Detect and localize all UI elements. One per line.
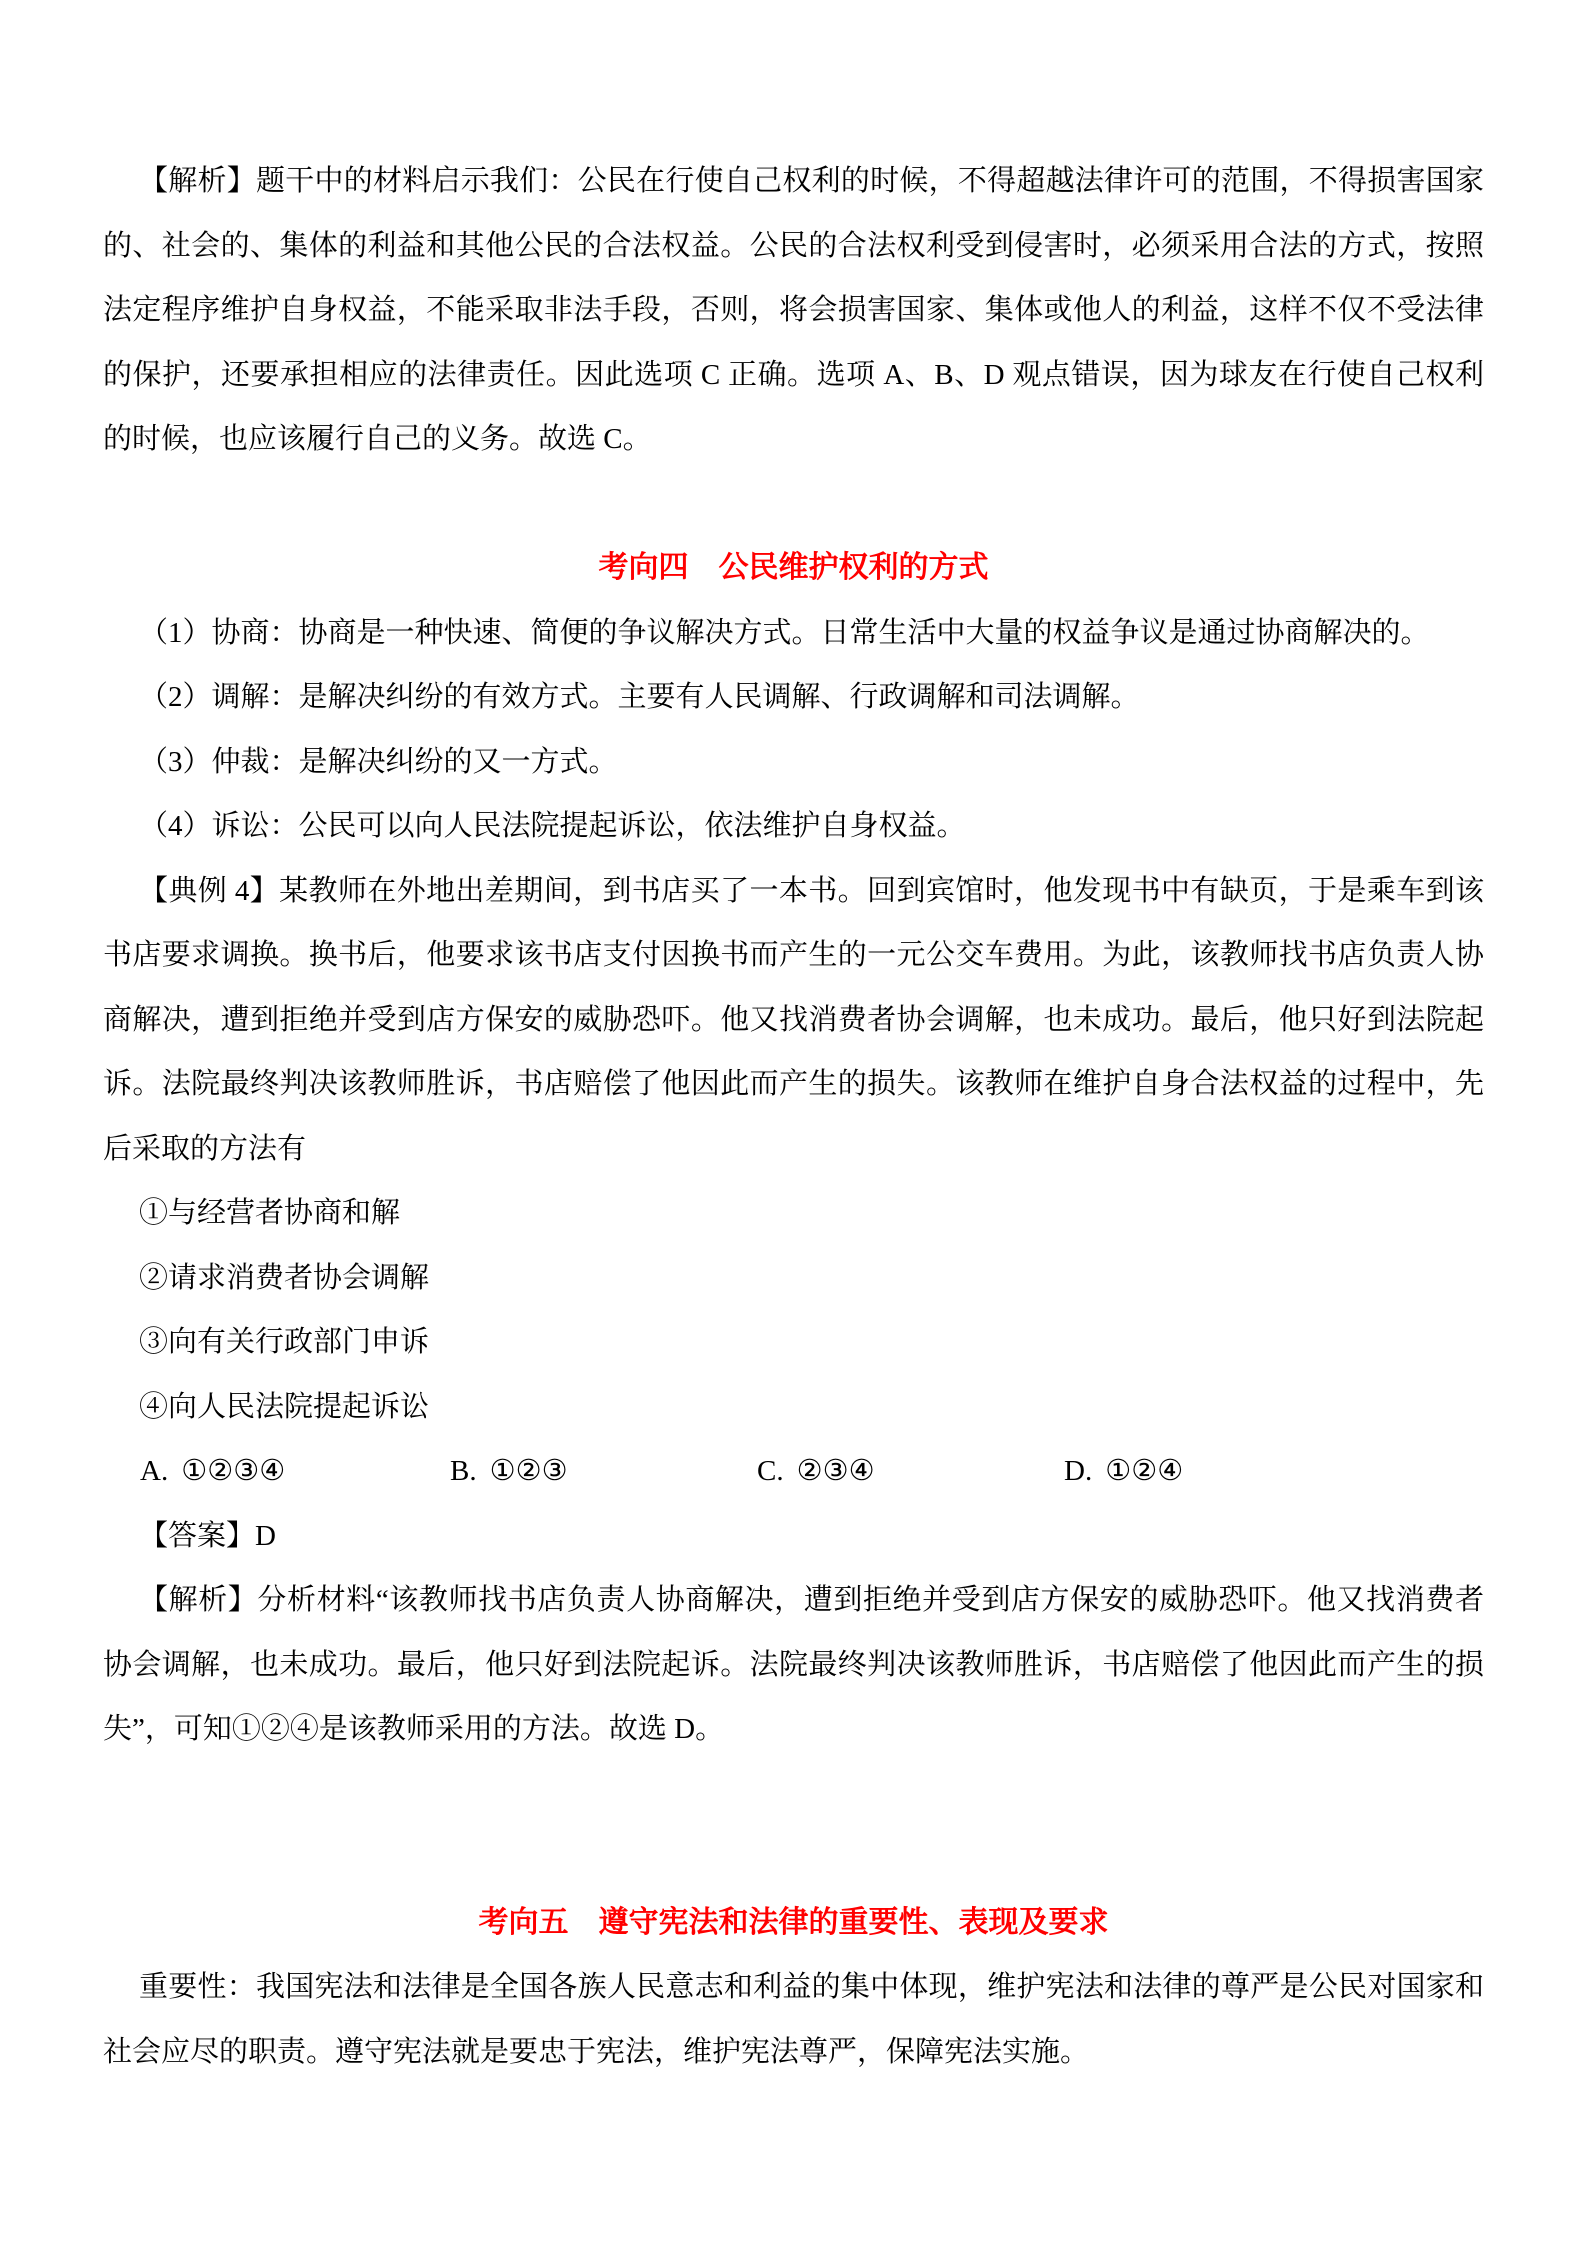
analysis1-text: 题干中的材料启示我们：公民在行使自己权利的时候，不得超越法律许可的范围，不得损害… bbox=[103, 165, 1484, 455]
choice-d: D.①②④ bbox=[1064, 1439, 1183, 1504]
choice-b-nums: ①②③ bbox=[490, 1455, 568, 1487]
option-item-3: ③向有关行政部门申诉 bbox=[103, 1310, 1484, 1375]
example4-paragraph: 【典例 4】某教师在外地出差期间，到书店买了一本书。回到宾馆时，他发现书中有缺页… bbox=[103, 859, 1484, 1182]
section4-heading: 考向四 公民维护权利的方式 bbox=[103, 536, 1484, 601]
importance-paragraph: 重要性：我国宪法和法律是全国各族人民意志和利益的集中体现，维护宪法和法律的尊严是… bbox=[103, 1955, 1484, 2084]
option-item-2: ②请求消费者协会调解 bbox=[103, 1246, 1484, 1311]
point-negotiation: （1）协商：协商是一种快速、简便的争议解决方式。日常生活中大量的权益争议是通过协… bbox=[103, 601, 1484, 666]
answer-label: 【答案】 bbox=[139, 1520, 255, 1552]
choice-a-label: A. bbox=[140, 1455, 168, 1487]
analysis2-text: 分析材料“该教师找书店负责人协商解决，遭到拒绝并受到店方保安的威胁恐吓。他又找消… bbox=[103, 1584, 1484, 1745]
point-arbitration: （3）仲裁：是解决纠纷的又一方式。 bbox=[103, 730, 1484, 795]
choice-b: B.①②③ bbox=[450, 1439, 568, 1504]
option-item-1: ①与经营者协商和解 bbox=[103, 1181, 1484, 1246]
choice-d-label: D. bbox=[1064, 1455, 1092, 1487]
example4-label: 【典例 4】 bbox=[139, 875, 279, 907]
answer-line: 【答案】D bbox=[103, 1504, 1484, 1569]
option-item-4: ④向人民法院提起诉讼 bbox=[103, 1375, 1484, 1440]
point-litigation: （4）诉讼：公民可以向人民法院提起诉讼，依法维护自身权益。 bbox=[103, 794, 1484, 859]
choice-a: A.①②③④ bbox=[140, 1439, 285, 1504]
choices-row: A.①②③④ B.①②③ C.②③④ D.①②④ bbox=[103, 1439, 1484, 1504]
point-mediation: （2）调解：是解决纠纷的有效方式。主要有人民调解、行政调解和司法调解。 bbox=[103, 665, 1484, 730]
choice-c-nums: ②③④ bbox=[797, 1455, 875, 1487]
analysis-paragraph-1: 【解析】题干中的材料启示我们：公民在行使自己权利的时候，不得超越法律许可的范围，… bbox=[103, 149, 1484, 472]
choice-c: C.②③④ bbox=[757, 1439, 875, 1504]
example4-text: 某教师在外地出差期间，到书店买了一本书。回到宾馆时，他发现书中有缺页，于是乘车到… bbox=[103, 875, 1484, 1165]
choice-a-nums: ①②③④ bbox=[181, 1455, 285, 1487]
choice-b-label: B. bbox=[450, 1455, 477, 1487]
analysis2-label: 【解析】 bbox=[139, 1584, 257, 1616]
choice-c-label: C. bbox=[757, 1455, 784, 1487]
choice-d-nums: ①②④ bbox=[1105, 1455, 1183, 1487]
analysis-paragraph-2: 【解析】分析材料“该教师找书店负责人协商解决，遭到拒绝并受到店方保安的威胁恐吓。… bbox=[103, 1568, 1484, 1762]
document-page: 【解析】题干中的材料启示我们：公民在行使自己权利的时候，不得超越法律许可的范围，… bbox=[0, 0, 1587, 2245]
analysis1-label: 【解析】 bbox=[139, 165, 256, 197]
section5-heading: 考向五 遵守宪法和法律的重要性、表现及要求 bbox=[103, 1891, 1484, 1956]
answer-value: D bbox=[255, 1520, 276, 1552]
